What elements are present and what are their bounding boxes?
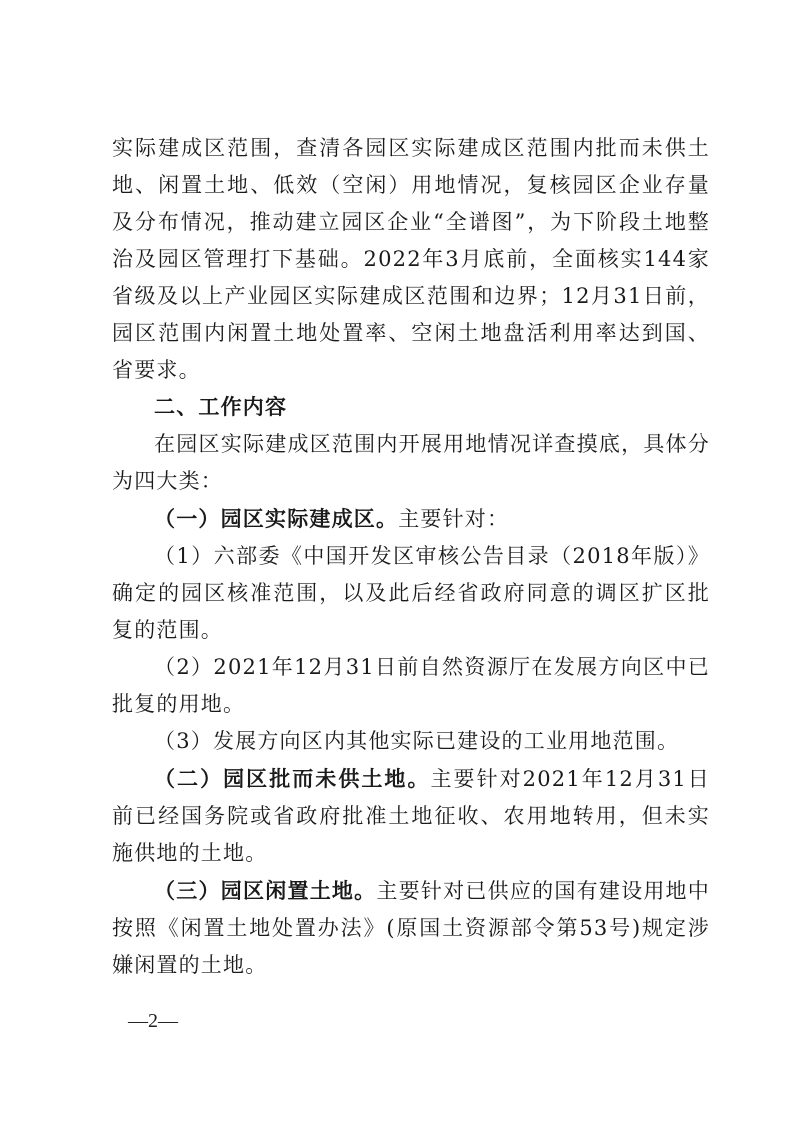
item-1-paragraph: （1）六部委《中国开发区审核公告目录（2018年版）》确定的园区核准范围，以及此…	[112, 538, 710, 649]
category-3-paragraph: （三）园区闲置土地。主要针对已供应的国有建设用地中按照《闲置土地处置办法》(原国…	[112, 872, 710, 984]
category-3-title: （三）园区闲置土地。	[154, 878, 376, 903]
page-number: —2—	[128, 1010, 178, 1033]
section-heading: 二、工作内容	[112, 389, 710, 426]
category-1-title: （一）园区实际建成区。	[154, 506, 398, 531]
document-body: 实际建成区范围，查清各园区实际建成区范围内批而未供土地、闲置土地、低效（空闲）用…	[112, 130, 710, 984]
category-2-title: （二）园区批而未供土地。	[154, 766, 431, 791]
document-page: 实际建成区范围，查清各园区实际建成区范围内批而未供土地、闲置土地、低效（空闲）用…	[0, 0, 793, 1122]
item-2-paragraph: （2）2021年12月31日前自然资源厅在发展方向区中已批复的用地。	[112, 649, 710, 723]
section-intro-paragraph: 在园区实际建成区范围内开展用地情况详查摸底，具体分为四大类：	[112, 426, 710, 500]
category-1-paragraph: （一）园区实际建成区。主要针对：	[112, 500, 710, 538]
intro-paragraph: 实际建成区范围，查清各园区实际建成区范围内批而未供土地、闲置土地、低效（空闲）用…	[112, 130, 710, 389]
category-1-text: 主要针对：	[398, 507, 509, 531]
category-2-paragraph: （二）园区批而未供土地。主要针对2021年12月31日前已经国务院或省政府批准土…	[112, 760, 710, 872]
item-3-paragraph: （3）发展方向区内其他实际已建设的工业用地范围。	[112, 723, 710, 760]
